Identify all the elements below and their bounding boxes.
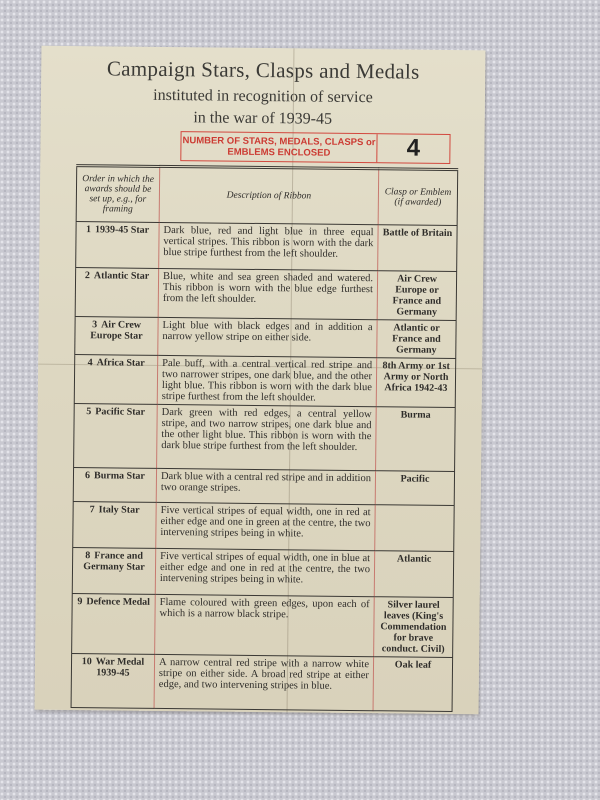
award-name: 10War Medal 1939-45	[71, 654, 155, 709]
ribbon-description: Dark blue with a central red stripe and …	[156, 468, 375, 504]
clasp-emblem: 8th Army or 1st Army or North Africa 194…	[376, 358, 456, 408]
clasp-emblem: Atlantic or France and Germany	[377, 320, 456, 359]
clasp-emblem: Silver laurel leaves (King's Commendatio…	[374, 597, 454, 658]
clasp-emblem: Air Crew Europe or France and Germany	[377, 271, 457, 321]
award-name: 9Defence Medal	[72, 594, 156, 655]
document-subtitle-line2: in the war of 1939-45	[41, 108, 485, 131]
header-description: Description of Ribbon	[159, 166, 379, 224]
count-box: NUMBER OF STARS, MEDALS, CLASPS or EMBLE…	[180, 131, 450, 164]
table-row: 5Pacific Star Dark green with red edges,…	[74, 404, 456, 472]
clasp-emblem: Battle of Britain	[378, 225, 457, 272]
clasp-emblem: Pacific	[375, 471, 454, 506]
count-value: 4	[377, 134, 449, 163]
ribbon-description: Light blue with black edges and in addit…	[158, 317, 377, 357]
ribbon-description: Flame coloured with green edges, upon ea…	[155, 594, 375, 656]
award-name: 8France and Germany Star	[72, 548, 155, 595]
ribbon-description: Dark blue, red and light blue in three e…	[159, 222, 378, 270]
award-name: 2Atlantic Star	[75, 268, 159, 318]
clasp-emblem: Burma	[376, 407, 456, 472]
award-name: 7Italy Star	[73, 502, 156, 549]
table-row: 6Burma Star Dark blue with a central red…	[73, 468, 454, 506]
ribbon-description: A narrow central red stripe with a narro…	[154, 654, 374, 710]
award-name: 6Burma Star	[73, 468, 156, 503]
awards-table: Order in which the awards should be set …	[71, 164, 459, 712]
table-row: 11939-45 Star Dark blue, red and light b…	[76, 222, 457, 272]
table-row: 9Defence Medal Flame coloured with green…	[72, 594, 454, 658]
ribbon-description: Five vertical stripes of equal width, on…	[156, 502, 375, 550]
award-document: Campaign Stars, Clasps and Medals instit…	[35, 46, 486, 715]
award-name: 5Pacific Star	[74, 404, 158, 469]
ribbon-description: Dark green with red edges, a central yel…	[157, 404, 377, 470]
ribbon-description: Five vertical stripes of equal width, on…	[155, 548, 374, 596]
document-subtitle-line1: instituted in recognition of service	[41, 86, 485, 109]
ribbon-description: Blue, white and sea green shaded and wat…	[158, 268, 378, 319]
table-row: 4Africa Star Pale buff, with a central v…	[74, 355, 455, 408]
header-order: Order in which the awards should be set …	[76, 166, 160, 223]
table-header-row: Order in which the awards should be set …	[76, 166, 458, 226]
table-row: 10War Medal 1939-45 A narrow central red…	[71, 654, 453, 712]
award-name: 3Air Crew Europe Star	[75, 317, 158, 356]
clasp-emblem: Atlantic	[374, 551, 453, 598]
ribbon-description: Pale buff, with a central vertical red s…	[157, 355, 377, 406]
count-label: NUMBER OF STARS, MEDALS, CLASPS or EMBLE…	[181, 132, 377, 162]
award-name: 11939-45 Star	[76, 222, 159, 269]
table-row: 7Italy Star Five vertical stripes of equ…	[73, 502, 454, 552]
table-row: 2Atlantic Star Blue, white and sea green…	[75, 268, 456, 321]
table-row: 3Air Crew Europe Star Light blue with bl…	[75, 317, 456, 359]
clasp-emblem: Oak leaf	[373, 657, 453, 712]
award-name: 4Africa Star	[74, 355, 158, 405]
header-clasp: Clasp or Emblem (if awarded)	[378, 169, 458, 226]
document-title: Campaign Stars, Clasps and Medals	[41, 56, 485, 86]
table-row: 8France and Germany Star Five vertical s…	[72, 548, 453, 598]
clasp-emblem	[375, 505, 454, 552]
